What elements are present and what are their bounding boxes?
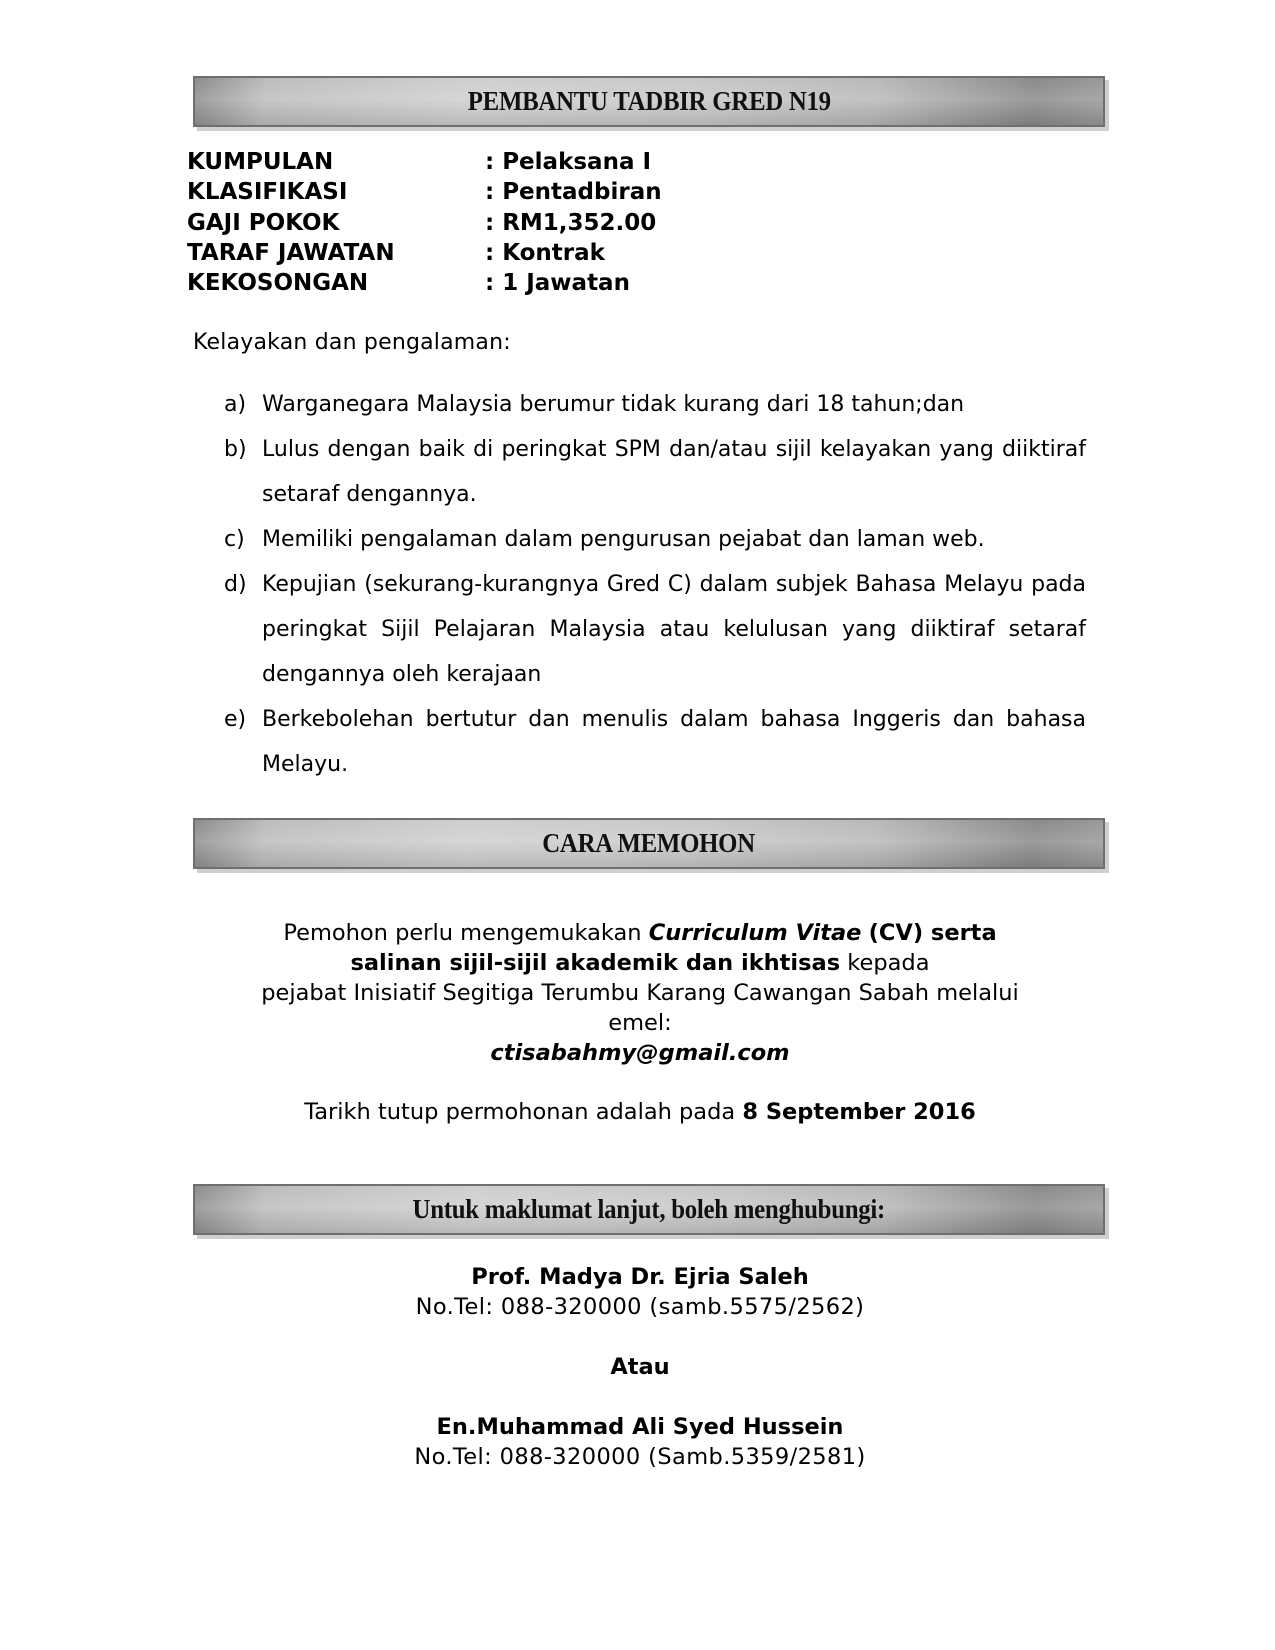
info-row-taraf-jawatan: TARAF JAWATAN : Kontrak [187, 238, 662, 268]
list-item-letter: e) [224, 697, 262, 787]
contact-name: En.Muhammad Ali Syed Hussein [190, 1412, 1090, 1442]
info-row-kumpulan: KUMPULAN : Pelaksana I [187, 147, 662, 177]
section-header-contact: Untuk maklumat lanjut, boleh menghubungi… [193, 1184, 1105, 1235]
office-line: pejabat Inisiatif Segitiga Terumbu Karan… [190, 978, 1090, 1008]
list-item: c) Memiliki pengalaman dalam pengurusan … [224, 517, 1086, 562]
list-item-text: Memiliki pengalaman dalam pengurusan pej… [262, 517, 1086, 562]
cv-term: Curriculum Vitae [649, 920, 862, 946]
info-label: GAJI POKOK [187, 208, 485, 238]
contact-separator: Atau [190, 1352, 1090, 1382]
contact-phone: No.Tel: 088-320000 (Samb.5359/2581) [190, 1442, 1090, 1472]
info-row-gaji-pokok: GAJI POKOK : RM1,352.00 [187, 208, 662, 238]
list-item-letter: d) [224, 562, 262, 697]
email-link[interactable]: ctisabahmy@gmail.com [190, 1038, 1090, 1068]
list-item-text: Kepujian (sekurang-kurangnya Gred C) dal… [262, 562, 1086, 697]
list-item-text: Berkebolehan bertutur dan menulis dalam … [262, 697, 1086, 787]
list-item-text: Warganegara Malaysia berumur tidak kuran… [262, 382, 1086, 427]
position-title: PEMBANTU TADBIR GRED N19 [467, 86, 830, 117]
section-header-position: PEMBANTU TADBIR GRED N19 [193, 76, 1105, 127]
info-value: : Kontrak [485, 238, 605, 268]
position-info-table: KUMPULAN : Pelaksana I KLASIFIKASI : Pen… [187, 147, 662, 298]
list-item: b) Lulus dengan baik di peringkat SPM da… [224, 427, 1086, 517]
contact-person-2: En.Muhammad Ali Syed Hussein No.Tel: 088… [190, 1412, 1090, 1472]
contact-person-1: Prof. Madya Dr. Ejria Saleh No.Tel: 088-… [190, 1262, 1090, 1322]
info-label: KLASIFIKASI [187, 177, 485, 207]
email-label: emel: [190, 1008, 1090, 1038]
list-item-letter: c) [224, 517, 262, 562]
required-documents: salinan sijil-sijil akademik dan ikhtisa… [350, 950, 840, 976]
closing-date-line: Tarikh tutup permohonan adalah pada 8 Se… [190, 1097, 1090, 1127]
section-header-apply: CARA MEMOHON [193, 818, 1105, 869]
contact-phone: No.Tel: 088-320000 (samb.5575/2562) [190, 1292, 1090, 1322]
contact-name: Prof. Madya Dr. Ejria Saleh [190, 1262, 1090, 1292]
closing-date-prefix: Tarikh tutup permohonan adalah pada [304, 1099, 735, 1125]
apply-title: CARA MEMOHON [543, 828, 756, 859]
list-item: e) Berkebolehan bertutur dan menulis dal… [224, 697, 1086, 787]
info-label: KUMPULAN [187, 147, 485, 177]
info-value: : Pelaksana I [485, 147, 651, 177]
closing-date: 8 September 2016 [742, 1099, 975, 1125]
info-value: : Pentadbiran [485, 177, 662, 207]
info-label: TARAF JAWATAN [187, 238, 485, 268]
info-row-klasifikasi: KLASIFIKASI : Pentadbiran [187, 177, 662, 207]
info-row-kekosongan: KEKOSONGAN : 1 Jawatan [187, 268, 662, 298]
list-item: a) Warganegara Malaysia berumur tidak ku… [224, 382, 1086, 427]
list-item-text: Lulus dengan baik di peringkat SPM dan/a… [262, 427, 1086, 517]
info-value: : 1 Jawatan [485, 268, 630, 298]
info-value: : RM1,352.00 [485, 208, 656, 238]
apply-instructions: Pemohon perlu mengemukakan Curriculum Vi… [190, 918, 1090, 1068]
contact-title: Untuk maklumat lanjut, boleh menghubungi… [413, 1194, 886, 1225]
list-item-letter: b) [224, 427, 262, 517]
qualifications-list: a) Warganegara Malaysia berumur tidak ku… [224, 382, 1086, 787]
apply-intro: Pemohon perlu mengemukakan [283, 920, 641, 946]
list-item-letter: a) [224, 382, 262, 427]
apply-line-1: Pemohon perlu mengemukakan Curriculum Vi… [190, 918, 1090, 948]
cv-abbr: (CV) serta [869, 920, 997, 946]
qualifications-heading: Kelayakan dan pengalaman: [193, 330, 511, 355]
docs-tail: kepada [847, 950, 929, 976]
apply-line-2: salinan sijil-sijil akademik dan ikhtisa… [190, 948, 1090, 978]
info-label: KEKOSONGAN [187, 268, 485, 298]
list-item: d) Kepujian (sekurang-kurangnya Gred C) … [224, 562, 1086, 697]
